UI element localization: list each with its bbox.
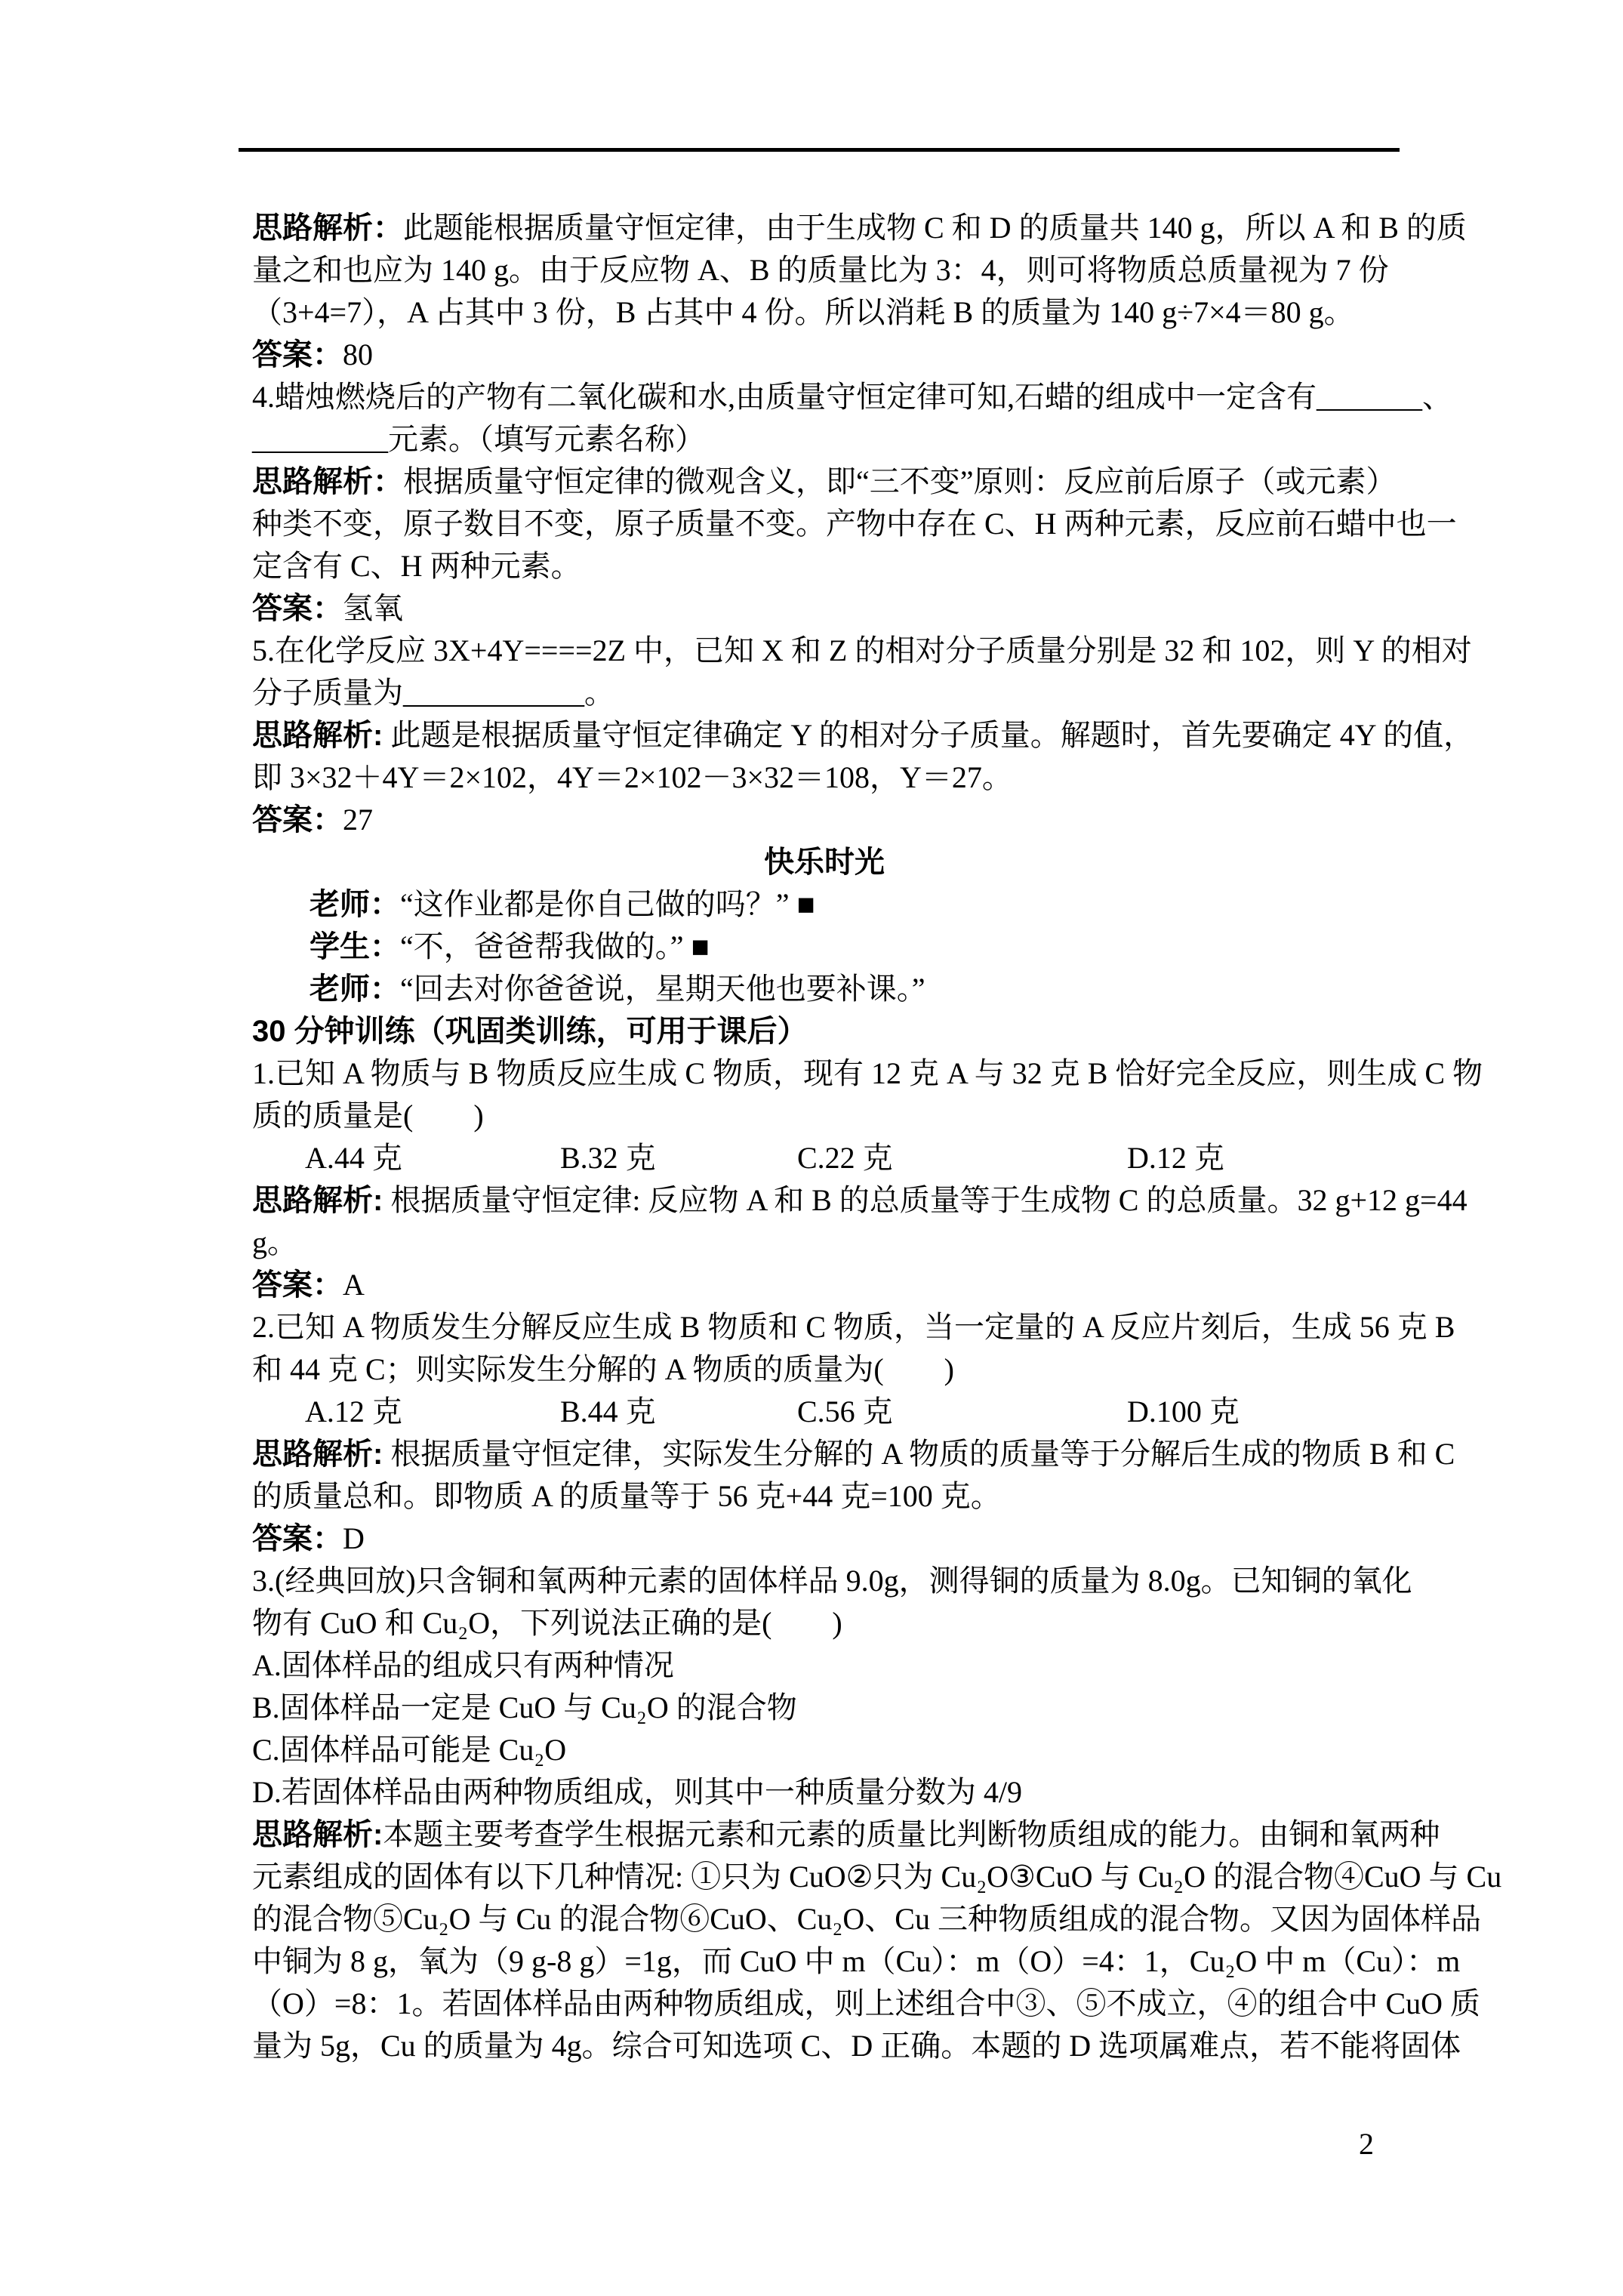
- choices-row: A.12 克 B.44 克 C.56 克 D.100 克: [252, 1391, 1397, 1433]
- choices-row: A.44 克 B.32 克 C.22 克 D.12 克: [252, 1137, 1397, 1179]
- dialog-line: 学生：“不，爸爸帮我做的。” ■: [252, 926, 1397, 968]
- answer-label: 答案：: [252, 1522, 343, 1555]
- choice-a: A.12 克: [305, 1391, 560, 1433]
- question-line: 5.在化学反应 3X+4Y====2Z 中，已知 X 和 Z 的相对分子质量分别…: [252, 630, 1397, 672]
- document-page: 思路解析：此题能根据质量守恒定律，由于生成物 C 和 D 的质量共 140 g，…: [0, 0, 1623, 2296]
- choice-b: B.32 克: [560, 1137, 797, 1179]
- line-text: A.固体样品的组成只有两种情况: [252, 1648, 674, 1682]
- speaker-label: 学生：: [310, 930, 400, 963]
- answer-line: 答案：D: [252, 1518, 1397, 1560]
- analysis-line: 量之和也应为 140 g。由于反应物 A、B 的质量比为 3：4，则可将物质总质…: [252, 249, 1397, 291]
- line-text: （O）=8：1。若固体样品由两种物质组成，则上述组合中③、⑤不成立，④的组合中 …: [252, 1986, 1480, 2020]
- question-line: 2.已知 A 物质发生分解反应生成 B 物质和 C 物质，当一定量的 A 反应片…: [252, 1306, 1397, 1348]
- analysis-line: 定含有 C、H 两种元素。: [252, 545, 1397, 587]
- line-text: 27: [343, 803, 373, 837]
- answer-line: 答案：27: [252, 799, 1397, 841]
- question-line: 物有 CuO 和 Cu₂O，下列说法正确的是( ): [252, 1602, 1397, 1644]
- line-text: 物有 CuO 和 Cu₂O，下列说法正确的是( ): [252, 1606, 842, 1640]
- line-text: （3+4=7），A 占其中 3 份，B 占其中 4 份。所以消耗 B 的质量为 …: [252, 295, 1354, 329]
- line-text: 3.(经典回放)只含铜和氧两种元素的固体样品 9.0g，测得铜的质量为 8.0g…: [252, 1564, 1412, 1598]
- analysis-label: 思路解析:: [252, 719, 383, 752]
- line-text: 4.蜡烛燃烧后的产物有二氧化碳和水,由质量守恒定律可知,石蜡的组成中一定含有__…: [252, 380, 1452, 414]
- line-text: 此题能根据质量守恒定律，由于生成物 C 和 D 的质量共 140 g，所以 A …: [403, 211, 1467, 245]
- line-text: B.固体样品一定是 CuO 与 Cu₂O 的混合物: [252, 1690, 797, 1724]
- section-heading-happy-time: 快乐时光: [252, 841, 1397, 883]
- dialog-line: 老师：“这作业都是你自己做的吗？” ■: [252, 883, 1397, 926]
- line-text: 量为 5g，Cu 的质量为 4g。综合可知选项 C、D 正确。本题的 D 选项属…: [252, 2029, 1461, 2063]
- analysis-line: 种类不变，原子数目不变，原子质量不变。产物中存在 C、H 两种元素，反应前石蜡中…: [252, 503, 1397, 545]
- question-line: 质的质量是( ): [252, 1095, 1397, 1137]
- drill-heading: 30 分钟训练（巩固类训练，可用于课后）: [252, 1010, 1397, 1052]
- line-text: 根据质量守恒定律，实际发生分解的 A 物质的质量等于分解后生成的物质 B 和 C: [383, 1437, 1455, 1471]
- analysis-line: 的混合物⑤Cu₂O 与 Cu 的混合物⑥CuO、Cu₂O、Cu 三种物质组成的混…: [252, 1898, 1397, 1940]
- speaker-label: 老师：: [310, 888, 400, 921]
- choice-c: C.56 克: [797, 1391, 1127, 1433]
- question-line: 3.(经典回放)只含铜和氧两种元素的固体样品 9.0g，测得铜的质量为 8.0g…: [252, 1560, 1397, 1602]
- line-text: 根据质量守恒定律的微观含义，即“三不变”原则：反应前后原子（或元素）: [403, 464, 1397, 498]
- choice-line-d: D.若固体样品由两种物质组成，则其中一种质量分数为 4/9: [252, 1771, 1397, 1814]
- line-text: D.若固体样品由两种物质组成，则其中一种质量分数为 4/9: [252, 1775, 1022, 1809]
- heading-text: 30 分钟训练（巩固类训练，可用于课后）: [252, 1015, 808, 1048]
- choice-b: B.44 克: [560, 1391, 797, 1433]
- answer-label: 答案：: [252, 338, 343, 371]
- answer-line: 答案：A: [252, 1264, 1397, 1306]
- line-text: D: [343, 1521, 365, 1555]
- analysis-line: 思路解析: 根据质量守恒定律，实际发生分解的 A 物质的质量等于分解后生成的物质…: [252, 1433, 1397, 1475]
- analysis-line: 思路解析：此题能根据质量守恒定律，由于生成物 C 和 D 的质量共 140 g，…: [252, 207, 1397, 249]
- choice-line-a: A.固体样品的组成只有两种情况: [252, 1644, 1397, 1687]
- analysis-line: 思路解析: 此题是根据质量守恒定律确定 Y 的相对分子质量。解题时，首先要确定 …: [252, 714, 1397, 757]
- analysis-line: 思路解析:本题主要考查学生根据元素和元素的质量比判断物质组成的能力。由铜和氧两种: [252, 1814, 1397, 1856]
- question-line: 和 44 克 C；则实际发生分解的 A 物质的质量为( ): [252, 1348, 1397, 1391]
- choice-line-b: B.固体样品一定是 CuO 与 Cu₂O 的混合物: [252, 1687, 1397, 1729]
- analysis-line: 的质量总和。即物质 A 的质量等于 56 克+44 克=100 克。: [252, 1475, 1397, 1518]
- answer-line: 答案：氢氧: [252, 587, 1397, 630]
- question-line: 分子质量为____________。: [252, 672, 1397, 714]
- line-text: 和 44 克 C；则实际发生分解的 A 物质的质量为( ): [252, 1352, 954, 1386]
- dialog-line: 老师：“回去对你爸爸说，星期天他也要补课。”: [252, 968, 1397, 1010]
- analysis-label: 思路解析:: [252, 1438, 383, 1471]
- line-text: 元素组成的固体有以下几种情况: ①只为 CuO②只为 Cu₂O③CuO 与 Cu…: [252, 1860, 1501, 1894]
- line-text: 分子质量为____________。: [252, 676, 614, 710]
- choice-c: C.22 克: [797, 1137, 1127, 1179]
- analysis-label: 思路解析：: [252, 465, 403, 498]
- line-text: “回去对你爸爸说，星期天他也要补课。”: [400, 972, 925, 1006]
- line-text: 本题主要考查学生根据元素和元素的质量比判断物质组成的能力。由铜和氧两种: [383, 1817, 1440, 1851]
- line-text: 根据质量守恒定律: 反应物 A 和 B 的总质量等于生成物 C 的总质量。32 …: [383, 1183, 1467, 1217]
- line-text: g。: [252, 1225, 297, 1259]
- line-text: 2.已知 A 物质发生分解反应生成 B 物质和 C 物质，当一定量的 A 反应片…: [252, 1310, 1455, 1344]
- choice-d: D.12 克: [1127, 1137, 1224, 1179]
- analysis-line: 量为 5g，Cu 的质量为 4g。综合可知选项 C、D 正确。本题的 D 选项属…: [252, 2025, 1397, 2067]
- line-text: 5.在化学反应 3X+4Y====2Z 中，已知 X 和 Z 的相对分子质量分别…: [252, 633, 1472, 667]
- choice-line-c: C.固体样品可能是 Cu₂O: [252, 1729, 1397, 1771]
- line-text: 质的质量是( ): [252, 1099, 484, 1133]
- line-text: 中铜为 8 g，氧为（9 g-8 g）=1g，而 CuO 中 m（Cu）：m（O…: [252, 1944, 1460, 1978]
- analysis-label: 思路解析：: [252, 211, 403, 245]
- line-text: 的质量总和。即物质 A 的质量等于 56 克+44 克=100 克。: [252, 1479, 1001, 1513]
- analysis-line: （3+4=7），A 占其中 3 份，B 占其中 4 份。所以消耗 B 的质量为 …: [252, 291, 1397, 334]
- answer-line: 答案：80: [252, 334, 1397, 376]
- line-text: A: [343, 1268, 365, 1302]
- analysis-label: 思路解析:: [252, 1818, 383, 1851]
- line-text: “不，爸爸帮我做的。” ■: [400, 929, 710, 963]
- answer-label: 答案：: [252, 1268, 343, 1302]
- line-text: 80: [343, 337, 373, 371]
- line-text: 即 3×32＋4Y＝2×102，4Y＝2×102－3×32＝108，Y＝27。: [252, 760, 1012, 794]
- line-text: C.固体样品可能是 Cu₂O: [252, 1733, 566, 1767]
- line-text: 此题是根据质量守恒定律确定 Y 的相对分子质量。解题时，首先要确定 4Y 的值，: [383, 718, 1474, 752]
- line-text: 1.已知 A 物质与 B 物质反应生成 C 物质，现有 12 克 A 与 32 …: [252, 1056, 1483, 1090]
- analysis-line: 思路解析: 根据质量守恒定律: 反应物 A 和 B 的总质量等于生成物 C 的总…: [252, 1179, 1397, 1222]
- analysis-line: g。: [252, 1222, 1397, 1264]
- line-text: “这作业都是你自己做的吗？” ■: [400, 887, 815, 921]
- line-text: 的混合物⑤Cu₂O 与 Cu 的混合物⑥CuO、Cu₂O、Cu 三种物质组成的混…: [252, 1902, 1481, 1936]
- analysis-label: 思路解析:: [252, 1184, 383, 1217]
- choice-a: A.44 克: [305, 1137, 560, 1179]
- document-body: 思路解析：此题能根据质量守恒定律，由于生成物 C 和 D 的质量共 140 g，…: [252, 207, 1397, 2067]
- speaker-label: 老师：: [310, 972, 400, 1006]
- header-rule: [239, 148, 1400, 152]
- choice-d: D.100 克: [1127, 1391, 1240, 1433]
- line-text: _________元素。（填写元素名称）: [252, 422, 705, 456]
- analysis-line: 中铜为 8 g，氧为（9 g-8 g）=1g，而 CuO 中 m（Cu）：m（O…: [252, 1940, 1397, 1983]
- line-text: 种类不变，原子数目不变，原子质量不变。产物中存在 C、H 两种元素，反应前石蜡中…: [252, 507, 1457, 541]
- question-line: 4.蜡烛燃烧后的产物有二氧化碳和水,由质量守恒定律可知,石蜡的组成中一定含有__…: [252, 376, 1397, 418]
- analysis-line: 思路解析：根据质量守恒定律的微观含义，即“三不变”原则：反应前后原子（或元素）: [252, 461, 1397, 503]
- answer-label: 答案：: [252, 803, 343, 837]
- page-number: 2: [1359, 2123, 1374, 2165]
- answer-label: 答案：: [252, 592, 343, 625]
- line-text: 量之和也应为 140 g。由于反应物 A、B 的质量比为 3：4，则可将物质总质…: [252, 253, 1389, 287]
- line-text: 氢氧: [343, 591, 403, 625]
- analysis-line: 元素组成的固体有以下几种情况: ①只为 CuO②只为 Cu₂O③CuO 与 Cu…: [252, 1856, 1397, 1898]
- analysis-line: 即 3×32＋4Y＝2×102，4Y＝2×102－3×32＝108，Y＝27。: [252, 757, 1397, 799]
- question-line: 1.已知 A 物质与 B 物质反应生成 C 物质，现有 12 克 A 与 32 …: [252, 1052, 1397, 1095]
- question-line: _________元素。（填写元素名称）: [252, 418, 1397, 461]
- heading-text: 快乐时光: [764, 846, 885, 879]
- line-text: 定含有 C、H 两种元素。: [252, 549, 581, 583]
- analysis-line: （O）=8：1。若固体样品由两种物质组成，则上述组合中③、⑤不成立，④的组合中 …: [252, 1983, 1397, 2025]
